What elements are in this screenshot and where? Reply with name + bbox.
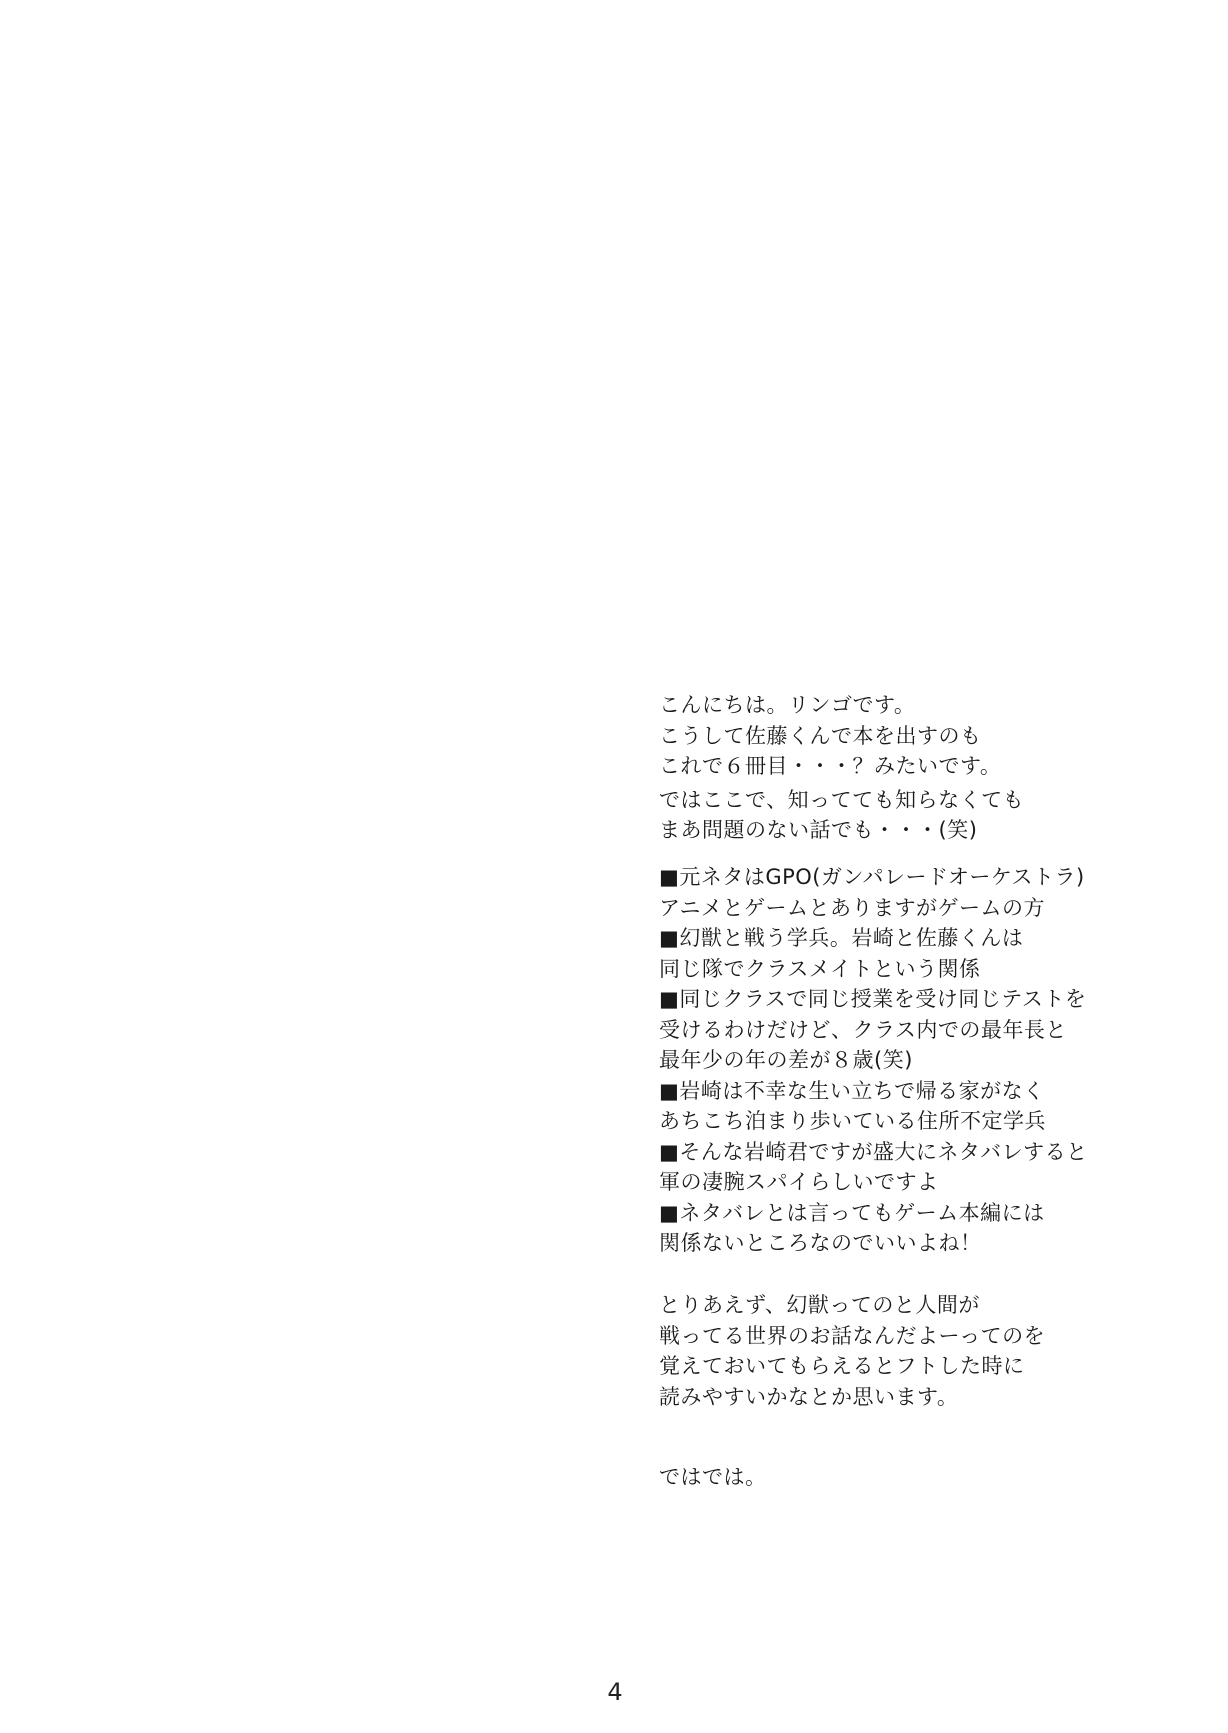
text-line: まあ問題のない話でも・・・(笑) bbox=[659, 815, 1024, 846]
text-line: 受けるわけだけど、クラス内での最年長と bbox=[659, 1015, 1088, 1046]
closing-paragraph: とりあえず、幻獣ってのと人間が 戦ってる世界のお話なんだよーってのを 覚えておい… bbox=[659, 1290, 1045, 1412]
text-line: ではここで、知ってても知らなくても bbox=[659, 785, 1024, 816]
text-line: 戦ってる世界のお話なんだよーってのを bbox=[659, 1321, 1045, 1352]
text-line: 覚えておいてもらえるとフトした時に bbox=[659, 1351, 1045, 1382]
document-page: こんにちは。リンゴです。 こうして佐藤くんで本を出すのも これで６冊目・・・？み… bbox=[0, 0, 1228, 1733]
text-line: 最年少の年の差が８歳(笑) bbox=[659, 1045, 1088, 1076]
text-line: アニメとゲームとありますがゲームの方 bbox=[659, 893, 1088, 924]
greeting-paragraph: こんにちは。リンゴです。 こうして佐藤くんで本を出すのも これで６冊目・・・？み… bbox=[659, 690, 1024, 846]
text-line: 読みやすいかなとか思います。 bbox=[659, 1382, 1045, 1413]
note-bullet-line: ■同じクラスで同じ授業を受け同じテストを bbox=[659, 984, 1088, 1015]
note-bullet-line: ■ネタバレとは言ってもゲーム本編には bbox=[659, 1198, 1088, 1229]
text-line: 軍の凄腕スパイらしいですよ bbox=[659, 1167, 1088, 1198]
note-bullet-line: ■元ネタはGPO(ガンパレードオーケストラ) bbox=[659, 862, 1088, 893]
farewell-text: ではでは。 bbox=[659, 1462, 767, 1493]
note-bullet-line: ■幻獣と戦う学兵。岩崎と佐藤くんは bbox=[659, 923, 1088, 954]
text-line: こんにちは。リンゴです。 bbox=[659, 690, 1024, 721]
note-bullet-line: ■そんな岩崎君ですが盛大にネタバレすると bbox=[659, 1137, 1088, 1168]
text-line: あちこち泊まり歩いている住所不定学兵 bbox=[659, 1106, 1088, 1137]
text-line: 関係ないところなのでいいよね！ bbox=[659, 1228, 1088, 1259]
text-line: こうして佐藤くんで本を出すのも bbox=[659, 721, 1024, 752]
background-notes-list: ■元ネタはGPO(ガンパレードオーケストラ) アニメとゲームとありますがゲームの… bbox=[659, 862, 1088, 1259]
page-number: 4 bbox=[600, 1678, 630, 1706]
text-line: これで６冊目・・・？みたいです。 bbox=[659, 751, 1024, 782]
text-line: ではでは。 bbox=[659, 1462, 767, 1493]
text-line: とりあえず、幻獣ってのと人間が bbox=[659, 1290, 1045, 1321]
note-bullet-line: ■岩崎は不幸な生い立ちで帰る家がなく bbox=[659, 1076, 1088, 1107]
text-line: 同じ隊でクラスメイトという関係 bbox=[659, 954, 1088, 985]
